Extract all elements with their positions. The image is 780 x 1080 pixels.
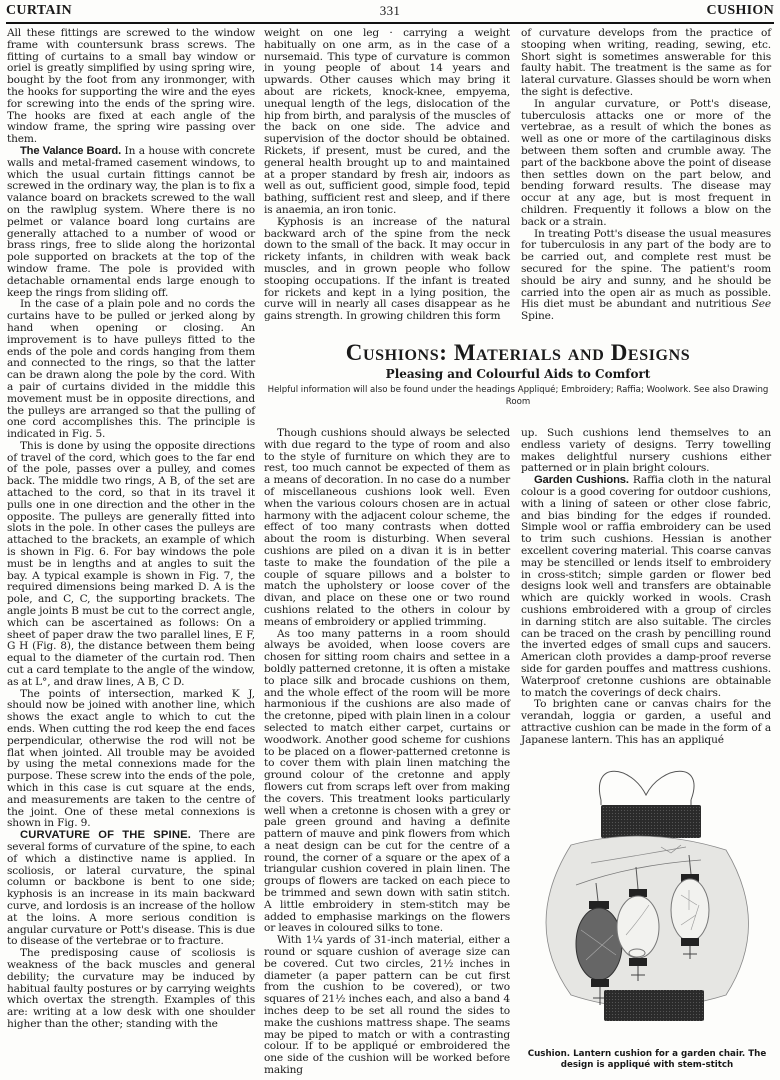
- running-head: CURTAIN 331 CUSHION: [6, 3, 774, 21]
- column-3-bottom: up. Such cushions lend themselves to an …: [521, 428, 771, 747]
- kyphosis-paragraph: of curvature develops from the practice …: [521, 28, 771, 99]
- spine-heading: CURVATURE OF THE SPINE.: [20, 829, 191, 841]
- spine-intro-text: There are several forms of curvature of …: [7, 829, 255, 947]
- lantern-cushion-figure: [521, 755, 771, 1040]
- article-cross-reference-note: Helpful information will also be found u…: [264, 384, 772, 408]
- curtain-paragraph: All these fittings are screwed to the wi…: [7, 28, 255, 146]
- column-2-top: weight on one leg · carrying a weight ha…: [264, 28, 510, 323]
- valance-paragraph: The Valance Board. In a house with concr…: [7, 146, 255, 299]
- cushion-paragraph: up. Such cushions lend themselves to an …: [521, 428, 771, 475]
- column-1: All these fittings are screwed to the wi…: [7, 28, 255, 1031]
- cross-reference-target[interactable]: Spine.: [521, 310, 554, 322]
- page-number: 331: [6, 3, 774, 19]
- curtain-paragraph: This is done by using the opposite direc…: [7, 441, 255, 689]
- curtain-paragraph: The points of intersection, marked K J, …: [7, 689, 255, 831]
- article-title: Cushions: Materials and Designs: [264, 340, 772, 366]
- pott-treatment-paragraph: In treating Pott's disease the usual mea…: [521, 229, 771, 323]
- cushion-paragraph: As too many patterns in a room should al…: [264, 629, 510, 936]
- cross-reference-see: See: [752, 298, 771, 310]
- garden-cushions-text: Raffia cloth in the natural colour is a …: [521, 474, 771, 698]
- garden-cushions-paragraph: Garden Cushions. Raffia cloth in the nat…: [521, 475, 771, 699]
- cushion-paragraph: Though cushions should always be selecte…: [264, 428, 510, 629]
- pott-treatment-text: In treating Pott's disease the usual mea…: [521, 228, 771, 311]
- article-subtitle: Pleasing and Colourful Aids to Comfort: [264, 367, 772, 381]
- header-rule: [6, 22, 774, 24]
- column-2-bottom: Though cushions should always be selecte…: [264, 428, 510, 1077]
- pott-paragraph: In angular curvature, or Pott's disease,…: [521, 99, 771, 229]
- cushion-paragraph: To brighten cane or canvas chairs for th…: [521, 699, 771, 746]
- spine-paragraph: CURVATURE OF THE SPINE. There are severa…: [7, 830, 255, 948]
- valance-heading: The Valance Board.: [20, 145, 121, 157]
- curtain-paragraph: In the case of a plain pole and no cords…: [7, 299, 255, 441]
- lantern-cushion-illustration-icon: [521, 755, 771, 1040]
- valance-text: In a house with concrete walls and metal…: [7, 145, 255, 299]
- cushion-paragraph: With 1¼ yards of 31-inch material, eithe…: [264, 935, 510, 1077]
- garden-cushions-heading: Garden Cushions.: [534, 474, 629, 486]
- article-header: Cushions: Materials and Designs Pleasing…: [264, 340, 772, 408]
- kyphosis-paragraph: Kyphosis is an increase of the natural b…: [264, 217, 510, 323]
- spine-paragraph: weight on one leg · carrying a weight ha…: [264, 28, 510, 217]
- spine-paragraph: The predisposing cause of scoliosis is w…: [7, 948, 255, 1031]
- figure-caption: Cushion. Lantern cushion for a garden ch…: [521, 1049, 773, 1070]
- running-head-right: CUSHION: [707, 3, 774, 19]
- column-3-top: of curvature develops from the practice …: [521, 28, 771, 323]
